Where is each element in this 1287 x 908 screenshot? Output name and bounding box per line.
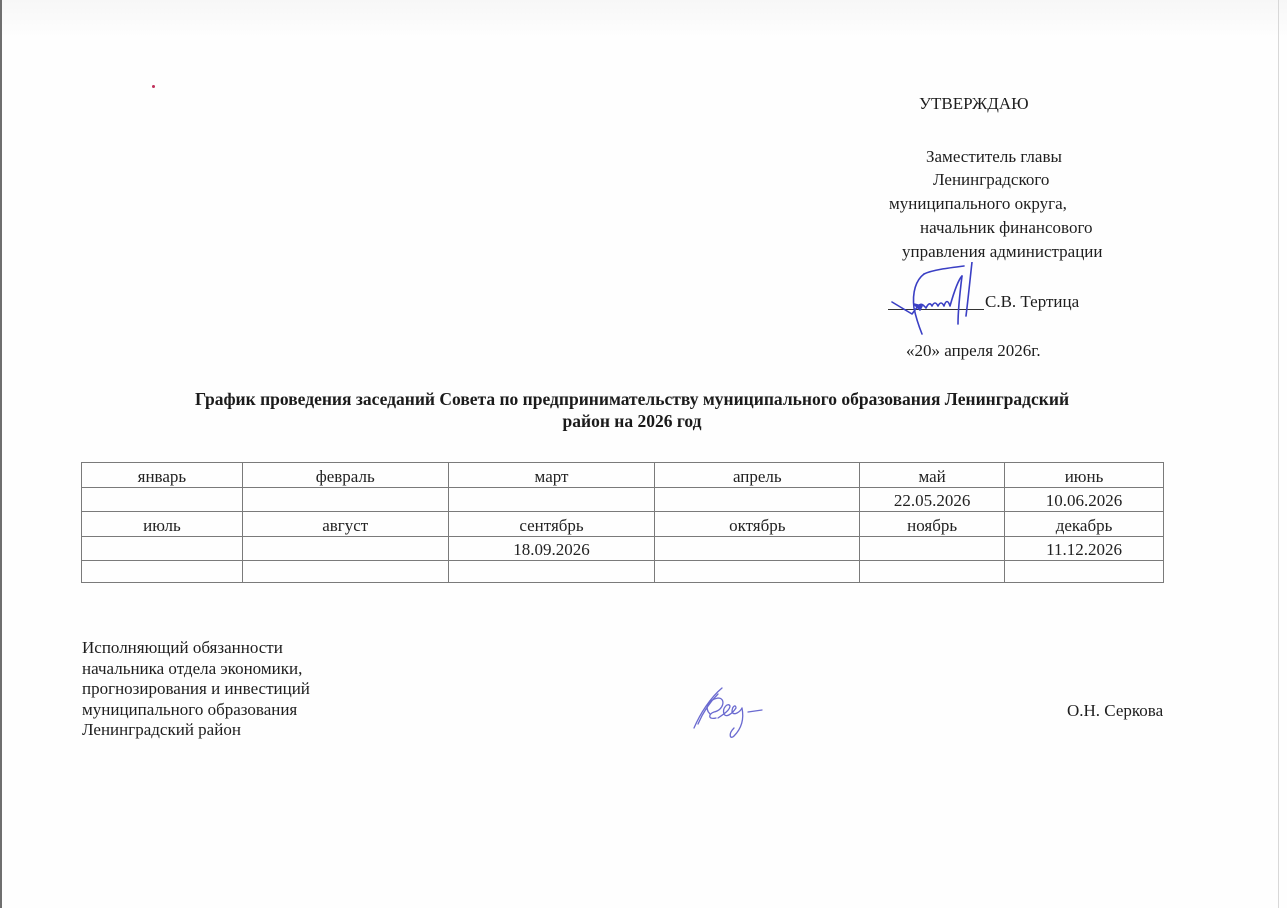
signatory-position-line: муниципального образования xyxy=(82,700,310,721)
approver-signature-icon xyxy=(888,262,992,338)
approver-position-line: управления администрации xyxy=(902,242,1103,262)
approver-name: С.В. Тертица xyxy=(985,292,1079,312)
month-cell: сентябрь xyxy=(448,512,655,537)
approval-heading: УТВЕРЖДАЮ xyxy=(919,94,1029,114)
scan-artifact-dot xyxy=(152,85,155,88)
empty-cell xyxy=(242,561,448,583)
month-cell: август xyxy=(242,512,448,537)
signatory-position-line: Ленинградский район xyxy=(82,720,310,741)
signatory-signature-icon xyxy=(690,684,790,740)
date-cell xyxy=(655,488,860,512)
signatory-position-line: прогнозирования и инвестиций xyxy=(82,679,310,700)
approval-date: «20» апреля 2026г. xyxy=(906,341,1041,361)
empty-cell xyxy=(1005,561,1164,583)
date-cell xyxy=(448,488,655,512)
approver-position-line: муниципального округа, xyxy=(889,194,1067,214)
date-cell: 10.06.2026 xyxy=(1005,488,1164,512)
empty-cell xyxy=(655,561,860,583)
scan-shadow xyxy=(2,0,1287,38)
empty-cell xyxy=(448,561,655,583)
month-cell: июль xyxy=(82,512,243,537)
month-cell: март xyxy=(448,463,655,488)
signatory-position-line: начальника отдела экономики, xyxy=(82,659,310,680)
document-page: УТВЕРЖДАЮ Заместитель главы Ленинградско… xyxy=(0,0,1287,908)
date-cell xyxy=(82,488,243,512)
month-cell: апрель xyxy=(655,463,860,488)
empty-cell xyxy=(82,561,243,583)
table-row-months-h1: январь февраль март апрель май июнь xyxy=(82,463,1164,488)
page-edge xyxy=(1278,0,1279,908)
date-cell: 11.12.2026 xyxy=(1005,537,1164,561)
month-cell: ноябрь xyxy=(860,512,1005,537)
date-cell xyxy=(242,488,448,512)
approver-position-line: начальник финансового xyxy=(920,218,1093,238)
month-cell: декабрь xyxy=(1005,512,1164,537)
date-cell: 22.05.2026 xyxy=(860,488,1005,512)
approver-position-line: Ленинградского xyxy=(933,170,1049,190)
date-cell xyxy=(860,537,1005,561)
meeting-schedule-table: январь февраль март апрель май июнь 22.0… xyxy=(81,462,1164,583)
table-row-months-h2: июль август сентябрь октябрь ноябрь дека… xyxy=(82,512,1164,537)
table-row-empty xyxy=(82,561,1164,583)
date-cell xyxy=(82,537,243,561)
table-row-dates-h2: 18.09.2026 11.12.2026 xyxy=(82,537,1164,561)
signatory-position-line: Исполняющий обязанности xyxy=(82,638,310,659)
table-row-dates-h1: 22.05.2026 10.06.2026 xyxy=(82,488,1164,512)
month-cell: июнь xyxy=(1005,463,1164,488)
signatory-position: Исполняющий обязанности начальника отдел… xyxy=(82,638,310,741)
date-cell: 18.09.2026 xyxy=(448,537,655,561)
document-title: График проведения заседаний Совета по пр… xyxy=(82,388,1182,432)
title-line-2: район на 2026 год xyxy=(82,410,1182,432)
empty-cell xyxy=(860,561,1005,583)
month-cell: январь xyxy=(82,463,243,488)
approver-position-line: Заместитель главы xyxy=(926,147,1062,167)
date-cell xyxy=(655,537,860,561)
date-cell xyxy=(242,537,448,561)
title-line-1: График проведения заседаний Совета по пр… xyxy=(82,388,1182,410)
month-cell: октябрь xyxy=(655,512,860,537)
signatory-name: О.Н. Серкова xyxy=(1067,701,1163,721)
month-cell: май xyxy=(860,463,1005,488)
month-cell: февраль xyxy=(242,463,448,488)
